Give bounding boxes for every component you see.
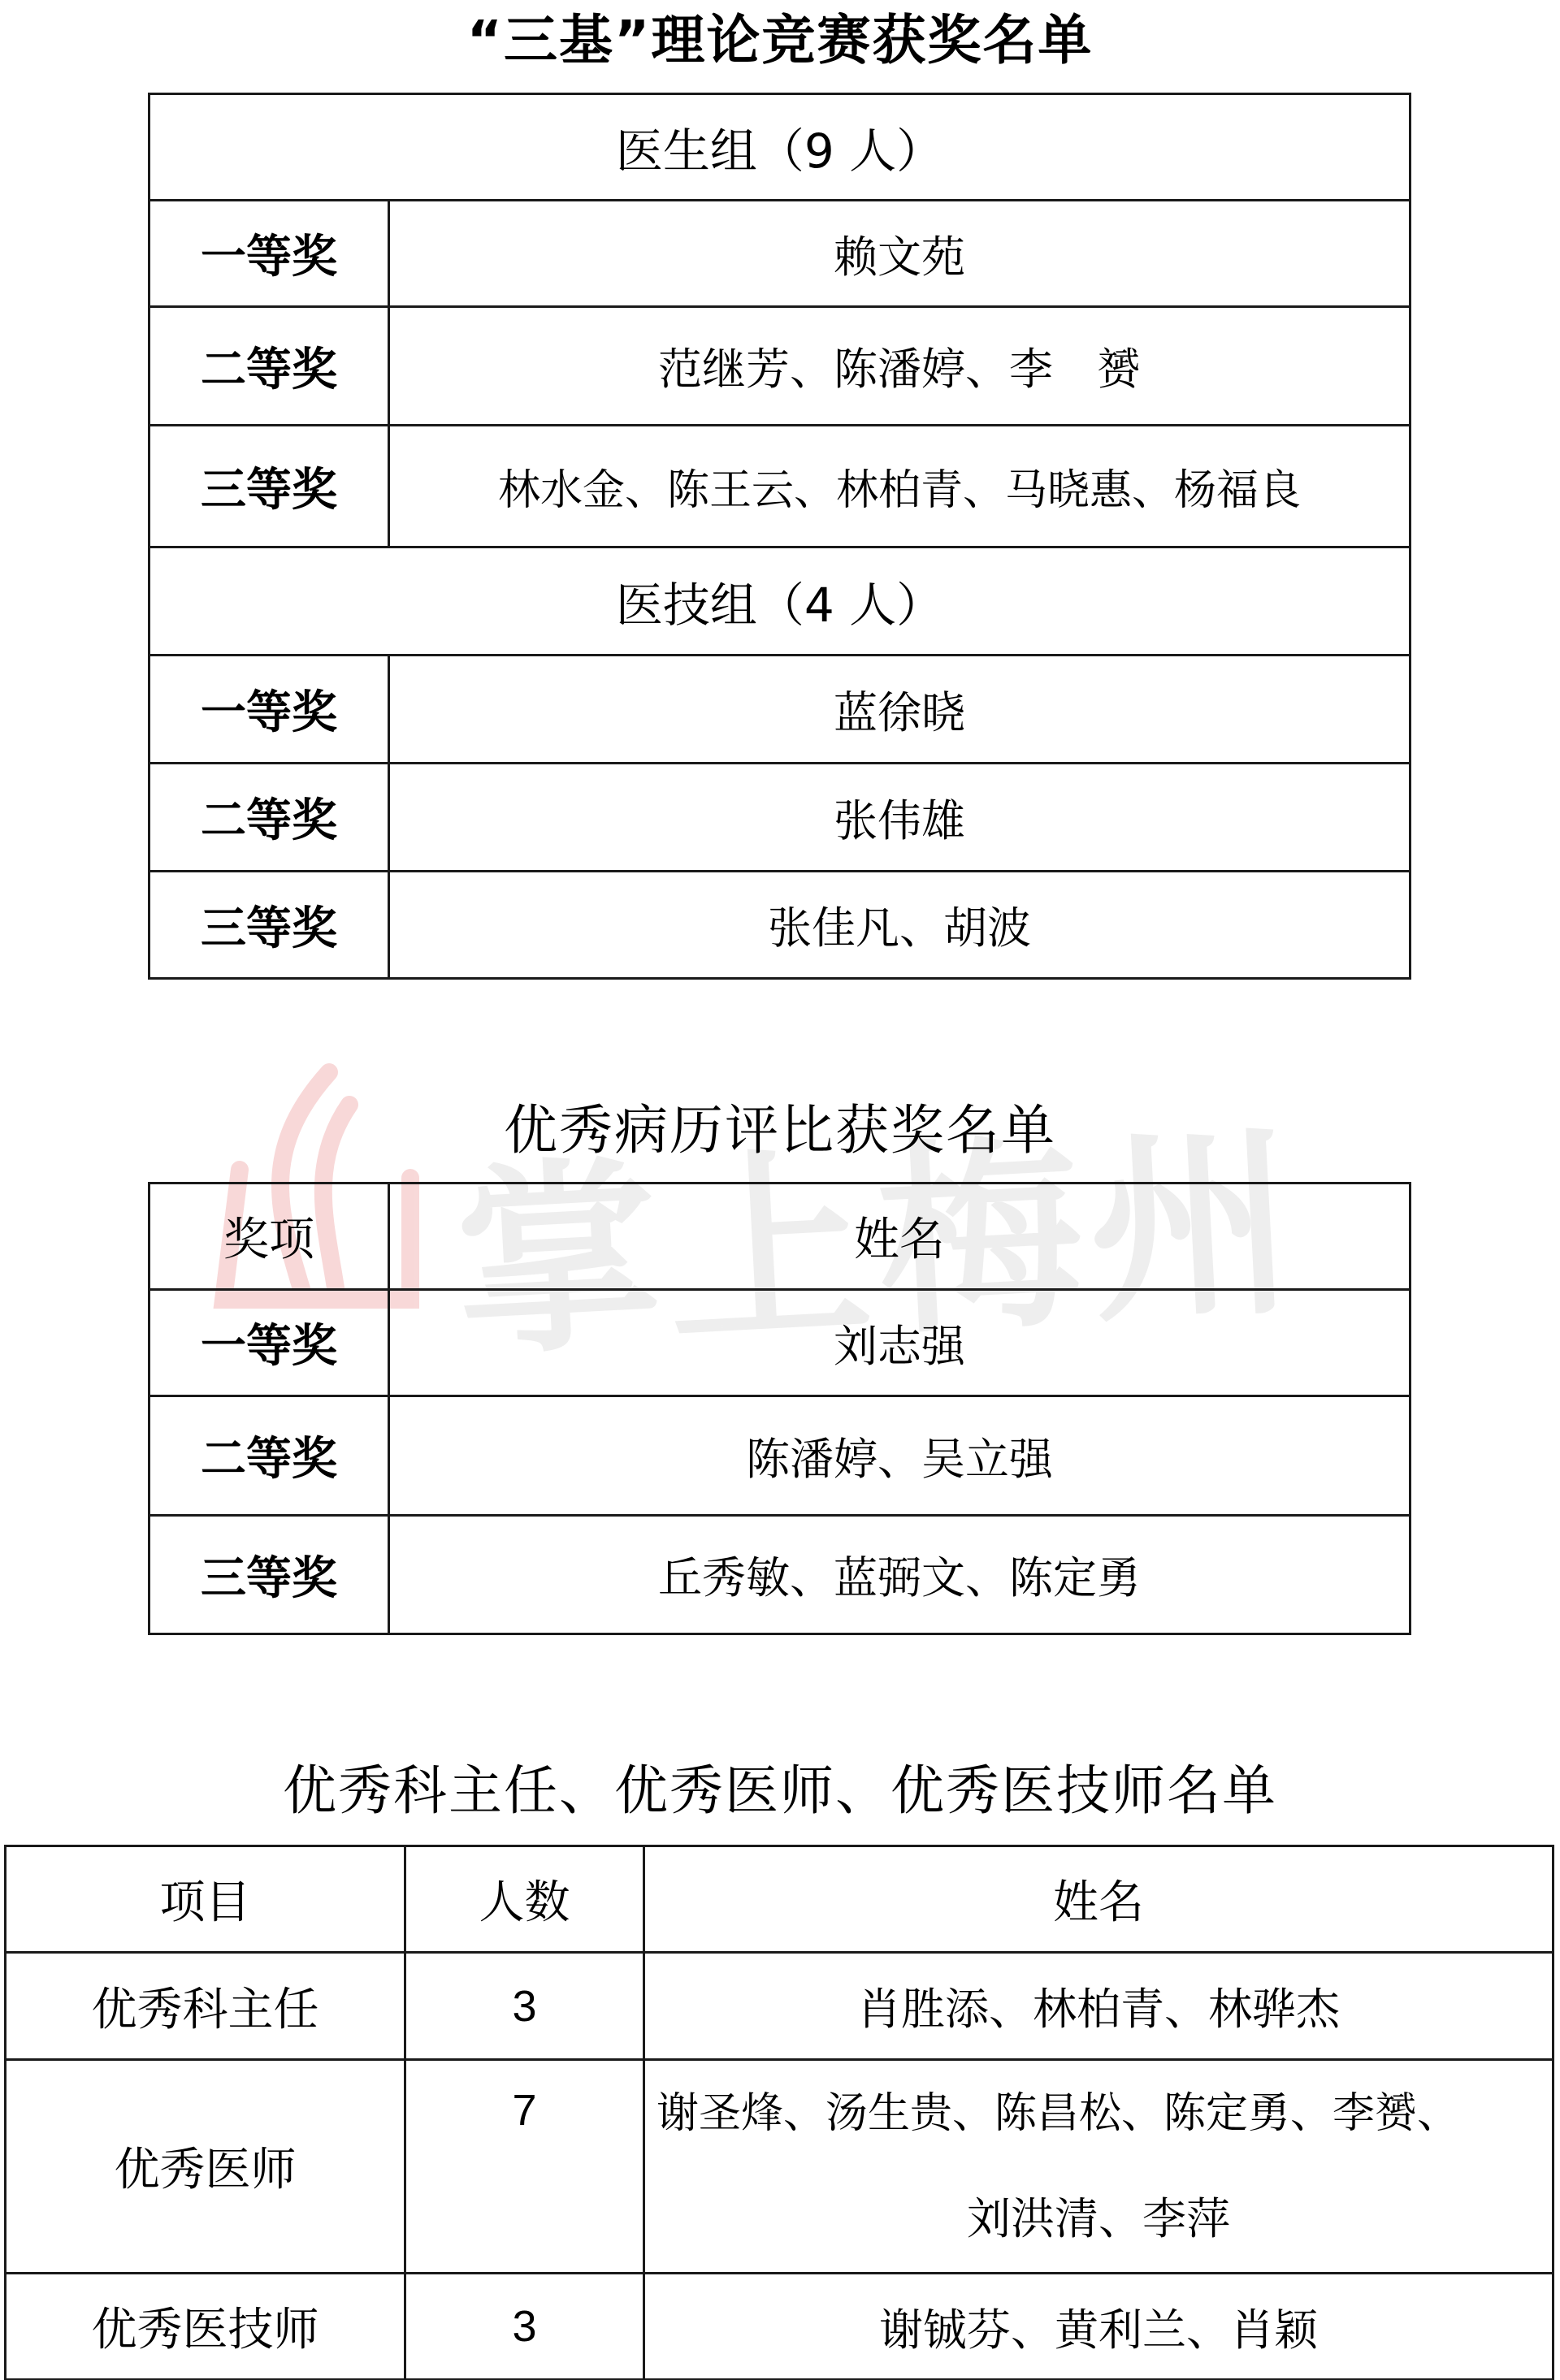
header-item: 项目 [6, 1846, 405, 1953]
winner-names: 赖文苑 [389, 201, 1410, 307]
section2-title: 优秀病历评比获奖名单 [0, 1098, 1560, 1163]
table-row: 三等奖 林水金、陈王云、林柏青、马晓惠、杨福良 [149, 426, 1410, 547]
honoree-names: 谢铖芬、黄利兰、肖颖 [644, 2274, 1553, 2380]
table-row: 二等奖 张伟雄 [149, 764, 1410, 872]
honoree-names-line1: 谢圣烽、汤生贵、陈昌松、陈定勇、李赟、 [645, 2061, 1552, 2166]
table-row: 一等奖 赖文苑 [149, 201, 1410, 307]
section1-table: 医生组（9 人） 一等奖 赖文苑 二等奖 范继芳、陈潘婷、李 赟 三等奖 林水金… [148, 93, 1411, 980]
section3-table: 项目 人数 姓名 优秀科主任 3 肖胜添、林柏青、林骅杰 优秀医师 7 谢圣烽、… [4, 1845, 1554, 2380]
header-award: 奖项 [149, 1184, 389, 1290]
item-label: 优秀医师 [6, 2060, 405, 2274]
winner-names: 丘秀敏、蓝弼文、陈定勇 [389, 1516, 1410, 1634]
item-label: 优秀科主任 [6, 1953, 405, 2060]
winner-names: 林水金、陈王云、林柏青、马晓惠、杨福良 [389, 426, 1410, 547]
winner-names: 范继芳、陈潘婷、李 赟 [389, 307, 1410, 426]
winner-names: 刘志强 [389, 1290, 1410, 1396]
item-label: 优秀医技师 [6, 2274, 405, 2380]
count-value: 3 [405, 2274, 644, 2380]
honoree-names: 谢圣烽、汤生贵、陈昌松、陈定勇、李赟、 刘洪清、李萍 [644, 2060, 1553, 2274]
table-row: 二等奖 陈潘婷、吴立强 [149, 1396, 1410, 1516]
honoree-names-line2: 刘洪清、李萍 [645, 2166, 1552, 2272]
award-label: 二等奖 [149, 307, 389, 426]
count-value: 7 [405, 2060, 644, 2274]
group-heading-doctors: 医生组（9 人） [149, 94, 1410, 201]
header-names: 姓名 [644, 1846, 1553, 1953]
award-label: 一等奖 [149, 201, 389, 307]
group-heading-technicians: 医技组（4 人） [149, 547, 1410, 656]
award-label: 三等奖 [149, 1516, 389, 1634]
winner-names: 张佳凡、胡波 [389, 872, 1410, 979]
count-value: 3 [405, 1953, 644, 2060]
table-row: 优秀医师 7 谢圣烽、汤生贵、陈昌松、陈定勇、李赟、 刘洪清、李萍 [6, 2060, 1553, 2274]
table-row: 一等奖 蓝徐晓 [149, 656, 1410, 764]
award-label: 三等奖 [149, 872, 389, 979]
table-row: 三等奖 丘秀敏、蓝弼文、陈定勇 [149, 1516, 1410, 1634]
section1-title: “三基”理论竞赛获奖名单 [0, 8, 1560, 73]
award-label: 二等奖 [149, 1396, 389, 1516]
table-row: 三等奖 张佳凡、胡波 [149, 872, 1410, 979]
header-count: 人数 [405, 1846, 644, 1953]
header-names: 姓名 [389, 1184, 1410, 1290]
honoree-names: 肖胜添、林柏青、林骅杰 [644, 1953, 1553, 2060]
award-label: 一等奖 [149, 656, 389, 764]
table-row: 优秀科主任 3 肖胜添、林柏青、林骅杰 [6, 1953, 1553, 2060]
table-row: 一等奖 刘志强 [149, 1290, 1410, 1396]
award-label: 一等奖 [149, 1290, 389, 1396]
table-row: 优秀医技师 3 谢铖芬、黄利兰、肖颖 [6, 2274, 1553, 2380]
table-header-row: 奖项 姓名 [149, 1184, 1410, 1290]
table-header-row: 项目 人数 姓名 [6, 1846, 1553, 1953]
section2-table: 奖项 姓名 一等奖 刘志强 二等奖 陈潘婷、吴立强 三等奖 丘秀敏、蓝弼文、陈定… [148, 1182, 1411, 1635]
table-row: 二等奖 范继芳、陈潘婷、李 赟 [149, 307, 1410, 426]
winner-names: 张伟雄 [389, 764, 1410, 872]
award-label: 三等奖 [149, 426, 389, 547]
award-label: 二等奖 [149, 764, 389, 872]
section3-title: 优秀科主任、优秀医师、优秀医技师名单 [0, 1759, 1560, 1824]
winner-names: 蓝徐晓 [389, 656, 1410, 764]
winner-names: 陈潘婷、吴立强 [389, 1396, 1410, 1516]
